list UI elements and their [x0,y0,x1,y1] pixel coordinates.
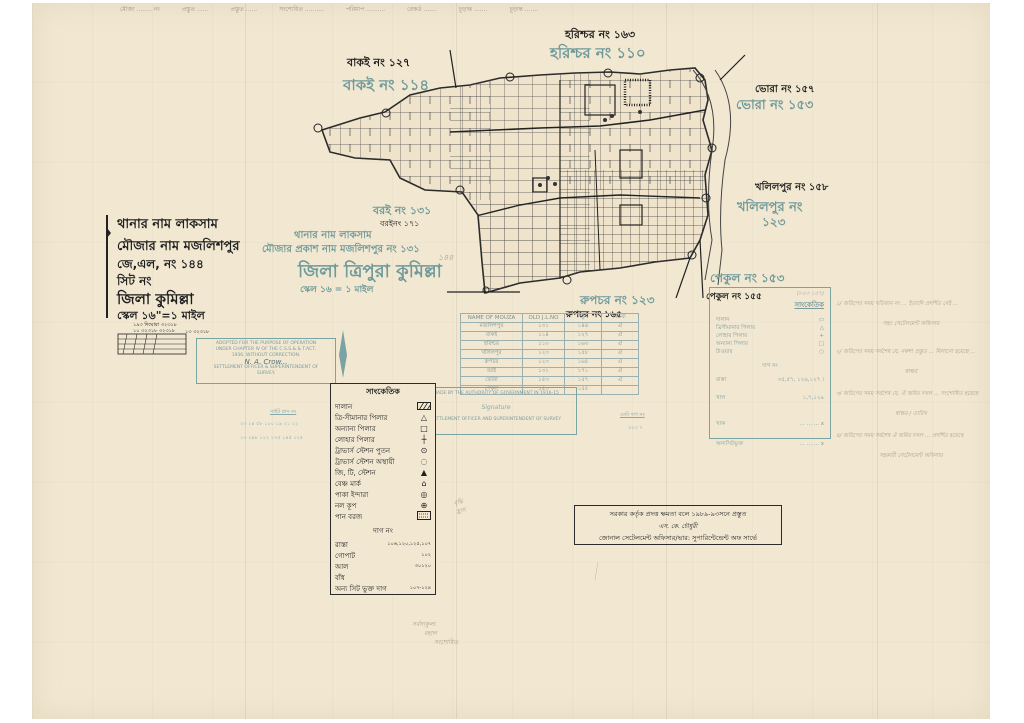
table-cell: ঐ [602,332,639,341]
sanket-label: খাল [716,395,725,403]
table-cell: ১৩১ [523,368,565,377]
certification-line: সরকার কর্তৃক প্রদত্ত ক্ষমতা বলে ১৯৮৯-৯৩স… [575,509,781,520]
pencil-line: সংশোধিত [434,638,458,647]
scale-subnote: ১৩ ৩২৩১৮ [185,329,209,337]
sanket-value: ১,৭,১২৯ [803,395,824,403]
certification-signature: এস. কে. চৌধুরী [575,521,781,532]
table-cell: ঐ [602,359,639,368]
table-cell: মজলিশপুর [461,323,523,332]
mouza-jl-table: NAME OF MOUZA OLD J.L.NO নতুন মন্তব্য মজ… [460,313,639,395]
iron-pillar-icon: + [819,333,824,341]
table-cell: ঐ [602,341,639,350]
sanket-row: খাক... ... ... x [716,421,824,429]
legend-item: লোহার পিলার┼ [335,434,431,445]
table-cell: ১২৩ [523,359,565,368]
building-hatched-icon [417,402,431,412]
sanket-legend-box: (৮৫৩ ১৫৭) সাংকেতিক দালান▭ ত্রিসীমানার পি… [709,287,831,439]
adjacent-mouza-label: বরইনং ১৭১ [380,218,419,231]
legend-road-row: বাঁধ [335,572,431,583]
legend-road-row: আল৩০১২০ [335,561,431,572]
sanket-label: দালান [716,317,729,325]
table-cell: ১৬৫ [565,359,602,368]
handwritten-signature: স্বাক্ষর / তারিখ [836,410,986,418]
legend-title: সাংকেতিক [335,386,431,399]
table-row: বাকই১১৪১২৭ঐ [461,332,639,341]
legend-value: ১০২ [421,552,431,560]
total-plot-label: মোট দাগ নং [620,412,645,420]
sanket-value: ... ... ... x [800,421,824,429]
center-scale: স্কেল ১৬ = ১ মাইল [300,282,373,297]
table-cell: ঐ [602,377,639,386]
sanket-row: খাল১,৭,১২৯ [716,395,824,403]
sanket-item: লোহার পিলার+ [716,333,824,341]
certification-box: সরকার কর্তৃক প্রদত্ত ক্ষমতা বলে ১৯৮৯-৯৩স… [574,505,782,545]
scale-bar [117,333,187,355]
handwritten-note: ১/ জরিপের সময় খতিয়ান নং ... ইত্যাদি প্… [836,300,986,308]
table-row: বরই১৩১১৭১ঐ [461,368,639,377]
table-header-row: NAME OF MOUZA OLD J.L.NO নতুন মন্তব্য [461,314,639,323]
sanket-item: দালান▭ [716,317,824,325]
table-cell: ১৬৩ [565,341,602,350]
stamp-line: SURVEY. [197,371,335,377]
adjacent-mouza-label: বাকই নং ১১৪ [343,74,429,99]
handwritten-signature: সহঃ সেটেলমেন্ট অফিসার [836,320,986,328]
triangle-pillar-icon: △ [820,325,824,333]
sheet-index-row: ১৩ ২৪৮ ১২২ ১৭৫ ১৪৫ ১২৫ [240,435,303,443]
table-row: খলিলপুর১২৩১৫৮ঐ [461,350,639,359]
sheet-index-row: ২৩ ২৪ ৫৮ ১০০ ১৯ ২১ ২২ [240,421,303,429]
table-cell: ১২৩ [523,350,565,359]
adjacent-mouza-label: বাকই নং ১২৭ [347,54,410,73]
table-header: নতুন [565,314,602,323]
tubewell-icon: ⊕ [417,501,431,510]
legend-road-row: রাস্তা১০৬,১২০,১২৫,১০৭ [335,539,431,550]
table-cell: ১৩১ [523,323,565,332]
square-pillar-icon: □ [819,341,824,349]
table-cell: হরিশ্চর [461,341,523,350]
legend-item: ট্রাভার্স স্টেশন অস্থায়ী◌ [335,456,431,467]
sanket-value: ৩৫,৫৭, ১২৬,১২৭ । [778,377,824,385]
betel-garden-icon [417,511,431,522]
table-cell: ঐ [602,323,639,332]
total-plot-value: ৩২৩ ৭ [628,425,643,433]
sanket-label: রাস্তা [716,377,726,385]
pencil-line: বহাল [424,629,458,638]
legend-value: ১০৭-১২৪ [410,585,431,593]
temp-station-icon: ◌ [417,457,431,466]
handwritten-note: ৪/ জরিপের সময় সর্বশেষ ঐ জমির দখল ... প্… [836,432,986,440]
legend-road-row: অন্য সিট ভুক্ত দাগ১০৭-১২৪ [335,583,431,594]
handwritten-signature: সহকারী সেটেলমেন্ট অফিসার [836,452,986,460]
legend-subtitle: দাগ নং [335,525,431,537]
stamp-line: MADE BY THE AUTHORITY OF GOVERNMENT IN 1… [416,391,576,396]
table-cell: ঐ [602,350,639,359]
table-cell: ১৫৭ [565,377,602,386]
stamp-signature: Signature [416,404,576,411]
circle-icon: ○ [819,349,824,357]
legend-item: পাকা ইন্দারা◎ [335,489,431,500]
legend-value: ৩০১২০ [415,563,431,571]
table-cell: ১৪৪ [565,323,602,332]
stamp-line: SETTLEMENT OFFICER AND SUPERINTENDENT OF… [416,417,576,422]
sanket-row: অন্যসিটভুক্ত... ... ... x [716,441,824,449]
authority-stamp: MADE BY THE AUTHORITY OF GOVERNMENT IN 1… [415,387,577,435]
table-cell: ঐ [602,368,639,377]
table-cell: ১১০ [523,341,565,350]
sanket-label: ত্রিসীমানার পিলার [716,325,755,333]
table-cell: রুপচর [461,359,523,368]
sheet-index-title: সাইট প্লান নং [270,409,303,417]
triangle-pillar-icon: △ [417,413,431,422]
legend-item: জি, টি, স্টেশন▲ [335,467,431,478]
sanket-label: অন্যান্য পিলার [716,341,748,349]
sanket-label: অন্যসিটভুক্ত [716,441,743,449]
table-row: ভোরা১৫৩১৫৭ঐ [461,377,639,386]
legend-item: নল কূপ⊕ [335,500,431,511]
benchmark-icon: ⌂ [417,479,431,488]
legend-box: সাংকেতিক দালান ত্রি-সীমানার পিলার△ অন্যা… [330,383,436,595]
legend-item: ত্রি-সীমানার পিলার△ [335,412,431,423]
sanket-dag-label: দাগ নং [716,363,824,371]
sanket-item: টাওয়ার○ [716,349,824,357]
table-cell: ১৭১ [565,368,602,377]
table-row: রুপচর১২৩১৬৫ঐ [461,359,639,368]
adjacent-mouza-label: খলিলপুর নং ১৫৮ [755,180,828,197]
pencil-note: সর্বসাকুল্য বহাল সংশোধিত [412,620,458,647]
table-cell: বরই [461,368,523,377]
table-cell: ১১৪ [523,332,565,341]
table-row: হরিশ্চর১১০১৬৩ঐ [461,341,639,350]
table-cell: ভোরা [461,377,523,386]
table-cell: বাকই [461,332,523,341]
handwritten-signature: স্বাক্ষর [836,368,986,376]
sanket-row: রাস্তা৩৫,৫৭, ১২৬,১২৭ । [716,377,824,385]
table-header: OLD J.L.NO [523,314,565,323]
sanket-item: অন্যান্য পিলার□ [716,341,824,349]
legend-item: ট্রাভার্স স্টেশন পুতন⊙ [335,445,431,456]
gt-station-icon: ▲ [417,468,431,477]
legend-label: পান বরজ [335,511,362,523]
square-pillar-icon: □ [417,424,431,433]
table-header: NAME OF MOUZA [461,314,523,323]
sanket-value: ... ... ... x [800,441,824,449]
legend-item: বেঞ্চ মার্ক⌂ [335,478,431,489]
building-icon: ▭ [819,317,824,325]
sanket-item: ত্রিসীমানার পিলার△ [716,325,824,333]
legend-value: ১০৬,১২০,১২৫,১০৭ [387,541,431,549]
handwritten-note: ৩/ জরিপের সময় সর্বশেষ যে, ঐ জমির দখল ..… [836,390,986,398]
table-cell: ১৫৩ [523,377,565,386]
adjacent-mouza-label: হরিশ্চর নং ১১০ [550,42,646,67]
thana-name: থানার নাম লাকসাম [117,215,218,236]
table-row: মজলিশপুর১৩১১৪৪ঐ [461,323,639,332]
legend-item: অন্যান্য পিলার□ [335,423,431,434]
legend-item: পান বরজ [335,511,431,522]
adjacent-mouza-label: ভোরা নং ১৫৩ [736,96,813,117]
sanket-title: সাংকেতিক [716,299,824,311]
adoption-stamp: ADOPTED FOR THE PURPOSE OF OPERATION UND… [196,338,336,384]
pencil-line: সর্বসাকুল্য [412,620,458,629]
mouza-name: মৌজার নাম মজলিশপুর [117,237,240,258]
sanket-label: লোহার পিলার [716,333,747,341]
sheet-index: সাইট প্লান নং ২৩ ২৪ ৫৮ ১০০ ১৯ ২১ ২২ ১৩ ২… [240,409,303,443]
handwritten-note: ২/ জরিপের সময় সর্বশেষ যে, নকশা প্রস্তুত… [836,348,986,356]
sanket-label: টাওয়ার [716,349,733,357]
traverse-station-icon: ⊙ [417,446,431,455]
sanket-pencil-note: (৮৫৩ ১৫৭) [716,291,824,299]
table-cell: ১৫৮ [565,350,602,359]
table-header: মন্তব্য [602,314,639,323]
table-cell: খলিলপুর [461,350,523,359]
sanket-label: খাক [716,421,725,429]
table-cell: ১২৭ [565,332,602,341]
iron-pillar-icon: ┼ [417,435,431,444]
handwritten-notes: ১/ জরিপের সময় খতিয়ান নং ... ইত্যাদি প্… [836,300,986,472]
adjacent-mouza-label: ১২৩ [762,214,785,234]
legend-road-row: গোপাট১০২ [335,550,431,561]
legend-item: দালান [335,401,431,412]
well-icon: ◎ [417,490,431,499]
certification-line: জোনাল সেটেলমেন্ট অফিসার/ভার: সুপারিন্টেন… [575,533,781,544]
table-cell [602,386,639,395]
legend-label: অন্য সিট ভুক্ত দাগ [335,583,387,595]
